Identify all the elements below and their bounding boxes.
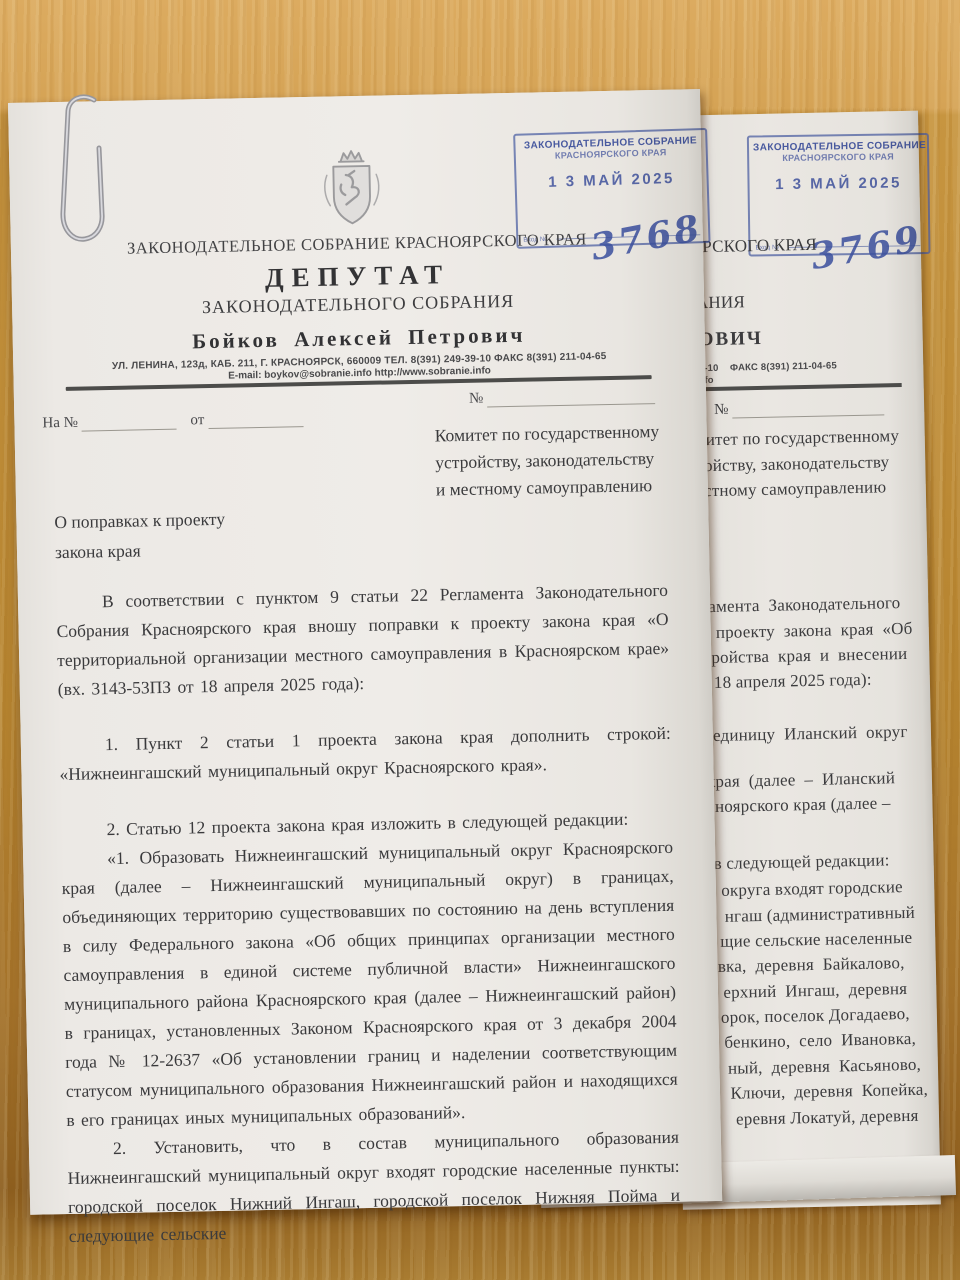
coat-of-arms-icon — [313, 145, 391, 233]
subject-line: закона края — [55, 532, 306, 567]
body-paragraph: В соответствии с пунктом 9 статьи 22 Рег… — [56, 576, 670, 704]
page2-fragment: 18 апреля 2025 года): — [714, 670, 872, 693]
body-paragraph: 2. Установить, что в состав муниципально… — [67, 1123, 681, 1251]
ref-ot-label: от — [190, 412, 204, 428]
page2-fragment: митет по государственному — [695, 426, 900, 450]
ref-number-label: № — [469, 391, 484, 407]
page2-fragment: бенкино, село Ивановка, — [724, 1029, 916, 1053]
ref-ot-line — [208, 413, 303, 429]
stamp-date: 1 3 МАЙ 2025 — [753, 174, 923, 193]
page2-fragment: естному самоуправлению — [696, 477, 887, 501]
page2-fragment: проекту закона края «Об — [716, 619, 913, 643]
page2-fragment: ройства края и внесении — [711, 644, 907, 668]
handwritten-number: 3769 — [807, 218, 925, 278]
page2-fragment: еревня Локатуй, деревня — [736, 1106, 919, 1130]
ref-na-label: На № — [42, 415, 78, 432]
page2-fragment: нгаш (административный — [725, 903, 916, 927]
page2-fragment: № — [714, 402, 729, 419]
page2-fragment: Ключи, деревня Копейка, — [730, 1080, 928, 1104]
page2-fragment: вка, деревня Байкалово, — [718, 953, 905, 977]
page2-fragment: асноярского края (далее – — [699, 793, 891, 817]
page2-fragment: амента Законодательного — [708, 593, 900, 617]
ref-number-line-page2 — [732, 414, 884, 418]
letterhead-rule-page2 — [694, 383, 902, 391]
page2-fragment: ОВИЧ — [698, 328, 763, 351]
body-paragraph: 1. Пункт 2 статьи 1 проекта закона края … — [59, 719, 672, 789]
page2-fragment: единицу Иланский округ — [713, 722, 908, 746]
ref-number-line — [487, 390, 655, 407]
page2-fragment: орок, поселок Догадаево, — [721, 1004, 910, 1028]
stamp-org-line2: КРАСНОЯРСКОГО КРАЯ — [753, 151, 923, 163]
page2-fragment: 39-10 ФАКС 8(391) 211-04-65 — [693, 360, 837, 374]
page2-fragment: края (далее – Иланский — [707, 768, 895, 792]
ref-na-line — [82, 416, 177, 432]
document-page-1: ЗАКОНОДАТЕЛЬНОЕ СОБРАНИЕ КРАСНОЯРСКОГО К… — [8, 89, 722, 1215]
paperclip-icon — [52, 92, 114, 260]
recipient-line: и местному самоуправлению — [436, 472, 676, 504]
stamp-date: 1 3 МАЙ 2025 — [520, 169, 702, 192]
page2-fragment: в следующей редакции: — [713, 850, 889, 874]
page2-fragment: щие сельские населенные — [720, 928, 912, 952]
ref-number-row: № — [469, 387, 655, 408]
page2-fragment: ерхний Ингаш, деревня — [723, 979, 907, 1003]
ref-na-row: На № от — [42, 410, 303, 432]
page2-fragment: ный, деревня Касьяново, — [728, 1055, 921, 1079]
page2-fragment: ройству, законодательству — [695, 452, 889, 476]
body-paragraph: «1. Образовать Нижнеингашский муниципаль… — [61, 833, 679, 1135]
page2-fragment: округа входят городские — [721, 877, 903, 901]
letter-body: В соответствии с пунктом 9 статьи 22 Рег… — [56, 576, 681, 1251]
